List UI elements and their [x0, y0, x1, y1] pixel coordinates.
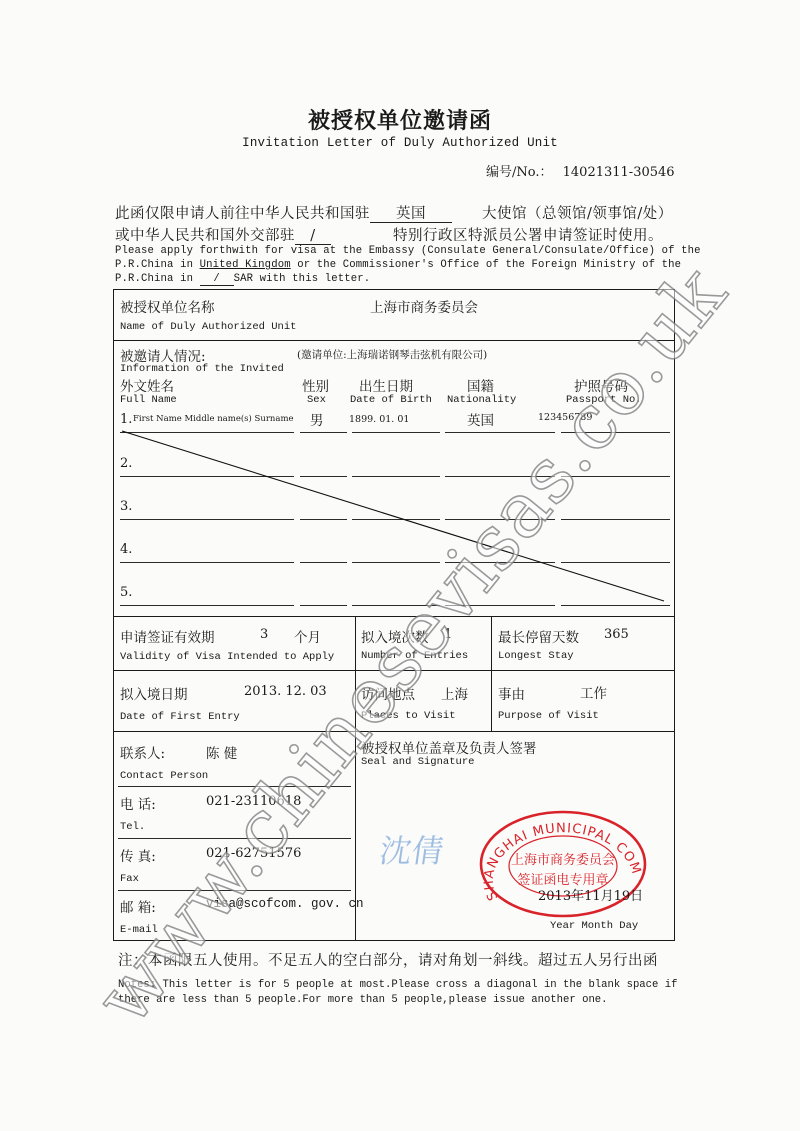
fax-label-cn: 传 真: — [120, 845, 156, 865]
intro-en2-suffix: or the Commissioner's Office of the Fore… — [291, 259, 681, 271]
fax-label-en: Fax — [120, 873, 139, 885]
validity-label-cn: 申请签证有效期 — [120, 626, 215, 646]
notes-en-line-1: Notes: This letter is for 5 people at mo… — [118, 978, 677, 993]
intro-cn2-suffix: 特别行政区特派员公署申请签证时使用。 — [393, 228, 663, 244]
document-subtitle: Invitation Letter of Duly Authorized Uni… — [0, 136, 800, 150]
intro-sar-field: / — [295, 229, 331, 245]
intro-en-line-3: P.R.China in /SAR with this letter. — [115, 273, 370, 286]
divider-col-1 — [355, 616, 356, 940]
validity-value: 3 — [260, 627, 268, 642]
intro-en2-prefix: P.R.China in — [115, 259, 200, 271]
tel-value: 021-23110618 — [206, 794, 301, 809]
stay-value: 365 — [604, 627, 629, 642]
intro-cn-line-1: 此函仅限申请人前往中华人民共和国驻英国大使馆（总领馆/领事馆/处） — [115, 202, 673, 223]
contact-divider-2 — [118, 838, 351, 839]
seal-label-cn: 被授权单位盖章及负责人签署 — [361, 737, 537, 757]
intro-country-field: 英国 — [370, 207, 452, 223]
places-label-en: Places to Visit — [361, 710, 456, 722]
intro-en3-prefix: P.R.China in — [115, 273, 200, 285]
seal-label-en: Seal and Signature — [361, 756, 474, 768]
validity-label-en: Validity of Visa Intended to Apply — [120, 651, 334, 663]
signature: 沈倩 — [377, 826, 447, 872]
entry-date-label-en: Date of First Entry — [120, 711, 240, 723]
email-value: visa@scofcom. gov. cn — [206, 897, 364, 911]
entry-date-label-cn: 拟入境日期 — [120, 683, 188, 703]
document-number-value: 14021311-30546 — [563, 165, 675, 180]
entries-value: 1 — [444, 627, 452, 642]
notes-en: Notes: This letter is for 5 people at mo… — [118, 978, 677, 1008]
intro-en-line-2: P.R.China in United Kingdom or the Commi… — [115, 259, 681, 271]
places-value: 上海 — [441, 683, 468, 703]
contact-person-label-cn: 联系人: — [120, 742, 165, 762]
email-label-cn: 邮 箱: — [120, 896, 156, 916]
seal-date: 2013年11月19日 — [538, 885, 643, 904]
stay-label-en: Longest Stay — [498, 650, 574, 662]
entry-date-value: 2013. 12. 03 — [244, 684, 327, 699]
document-number-label: 编号/No.： — [486, 165, 553, 180]
contact-divider-3 — [118, 890, 351, 891]
seal-date-label: Year Month Day — [550, 920, 638, 932]
purpose-label-en: Purpose of Visit — [498, 710, 599, 722]
divider-col-2 — [491, 616, 492, 731]
divider-visa-row-2 — [114, 731, 674, 732]
document-number: 编号/No.： 14021311-30546 — [486, 161, 675, 180]
intro-en-country: United Kingdom — [200, 259, 291, 271]
divider-visa-row-1 — [114, 670, 674, 671]
intro-en3-suffix: SAR with this letter. — [234, 273, 371, 285]
stamp-inner-line-1: 上海市商务委员会 — [511, 852, 615, 868]
stay-label-cn: 最长停留天数 — [498, 626, 579, 646]
intro-cn-prefix: 此函仅限申请人前往中华人民共和国驻 — [115, 206, 370, 222]
divider-invited — [114, 616, 674, 617]
contact-divider-1 — [118, 786, 351, 787]
notes-en-line-2: there are less than 5 people.For more th… — [118, 993, 677, 1008]
entries-label-cn: 拟入境次数 — [361, 626, 429, 646]
entries-label-en: Number of Entries — [361, 650, 468, 662]
email-label-en: E-mail — [120, 924, 158, 936]
contact-person-label-en: Contact Person — [120, 770, 208, 782]
tel-label-en: Tel. — [120, 821, 145, 833]
fax-value: 021-62751576 — [206, 846, 301, 861]
notes-cn: 注：本函限五人使用。不足五人的空白部分，请对角划一斜线。超过五人另行出函 — [118, 949, 658, 970]
intro-cn-suffix: 大使馆（总领馆/领事馆/处） — [482, 206, 673, 222]
purpose-label-cn: 事由 — [498, 683, 525, 703]
document-title: 被授权单位邀请函 — [0, 104, 800, 135]
blank-space-diagonal — [114, 290, 676, 616]
intro-en-line-1: Please apply forthwith for visa at the E… — [115, 245, 701, 257]
intro-en-sar: / — [200, 274, 234, 286]
places-label-cn: 访问地点 — [361, 683, 415, 703]
intro-cn2-prefix: 或中华人民共和国外交部驻 — [115, 228, 295, 244]
tel-label-cn: 电 话: — [120, 793, 156, 813]
purpose-value: 工作 — [580, 682, 607, 702]
validity-unit: 个月 — [294, 626, 321, 646]
intro-cn-line-2: 或中华人民共和国外交部驻/特别行政区特派员公署申请签证时使用。 — [115, 224, 663, 245]
contact-person-value: 陈 健 — [206, 742, 237, 762]
